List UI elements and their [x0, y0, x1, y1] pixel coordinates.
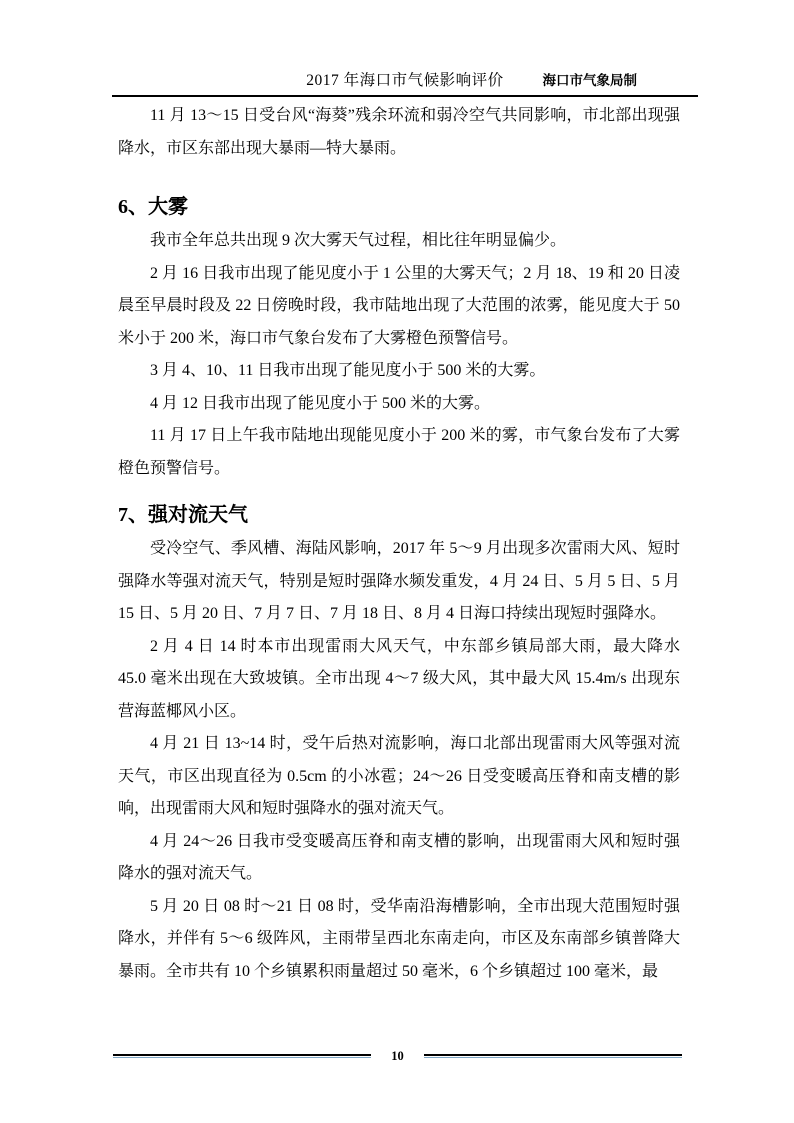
body-paragraph: 3 月 4、10、11 日我市出现了能见度小于 500 米的大雾。 — [118, 355, 680, 388]
body-paragraph: 4 月 21 日 13~14 时，受午后热对流影响，海口北部出现雷雨大风等强对流… — [118, 728, 680, 826]
section-heading-fog: 6、大雾 — [118, 189, 680, 225]
header-author: 海口市气象局制 — [543, 69, 638, 89]
body-paragraph: 11 月 17 日上午我市陆地出现能见度小于 200 米的雾，市气象台发布了大雾… — [118, 420, 680, 485]
body-paragraph: 受冷空气、季风槽、海陆风影响，2017 年 5～9 月出现多次雷雨大风、短时强降… — [118, 533, 680, 631]
page-header: 2017 年海口市气候影响评价 海口市气象局制 — [112, 58, 698, 97]
footer-rule-right — [424, 1054, 682, 1058]
body-paragraph: 2 月 4 日 14 时本市出现雷雨大风天气，中东部乡镇局部大雨，最大降水 45… — [118, 631, 680, 729]
body-paragraph: 5 月 20 日 08 时～21 日 08 时，受华南沿海槽影响，全市出现大范围… — [118, 891, 680, 989]
footer-rule-left — [113, 1054, 371, 1058]
body-paragraph: 2 月 16 日我市出现了能见度小于 1 公里的大雾天气；2 月 18、19 和… — [118, 258, 680, 356]
section-heading-severe-convection: 7、强对流天气 — [118, 497, 680, 533]
document-page: 2017 年海口市气候影响评价 海口市气象局制 11 月 13～15 日受台风“… — [0, 0, 794, 1123]
body-paragraph: 11 月 13～15 日受台风“海葵”残余环流和弱冷空气共同影响，市北部出现强降… — [118, 100, 680, 165]
document-body: 11 月 13～15 日受台风“海葵”残余环流和弱冷空气共同影响，市北部出现强降… — [118, 100, 680, 988]
body-paragraph: 4 月 24～26 日我市受变暖高压脊和南支槽的影响，出现雷雨大风和短时强降水的… — [118, 826, 680, 891]
page-footer: 10 — [113, 1046, 682, 1066]
body-paragraph: 我市全年总共出现 9 次大雾天气过程，相比往年明显偏少。 — [118, 225, 680, 258]
body-paragraph: 4 月 12 日我市出现了能见度小于 500 米的大雾。 — [118, 388, 680, 421]
page-number: 10 — [391, 1048, 404, 1064]
